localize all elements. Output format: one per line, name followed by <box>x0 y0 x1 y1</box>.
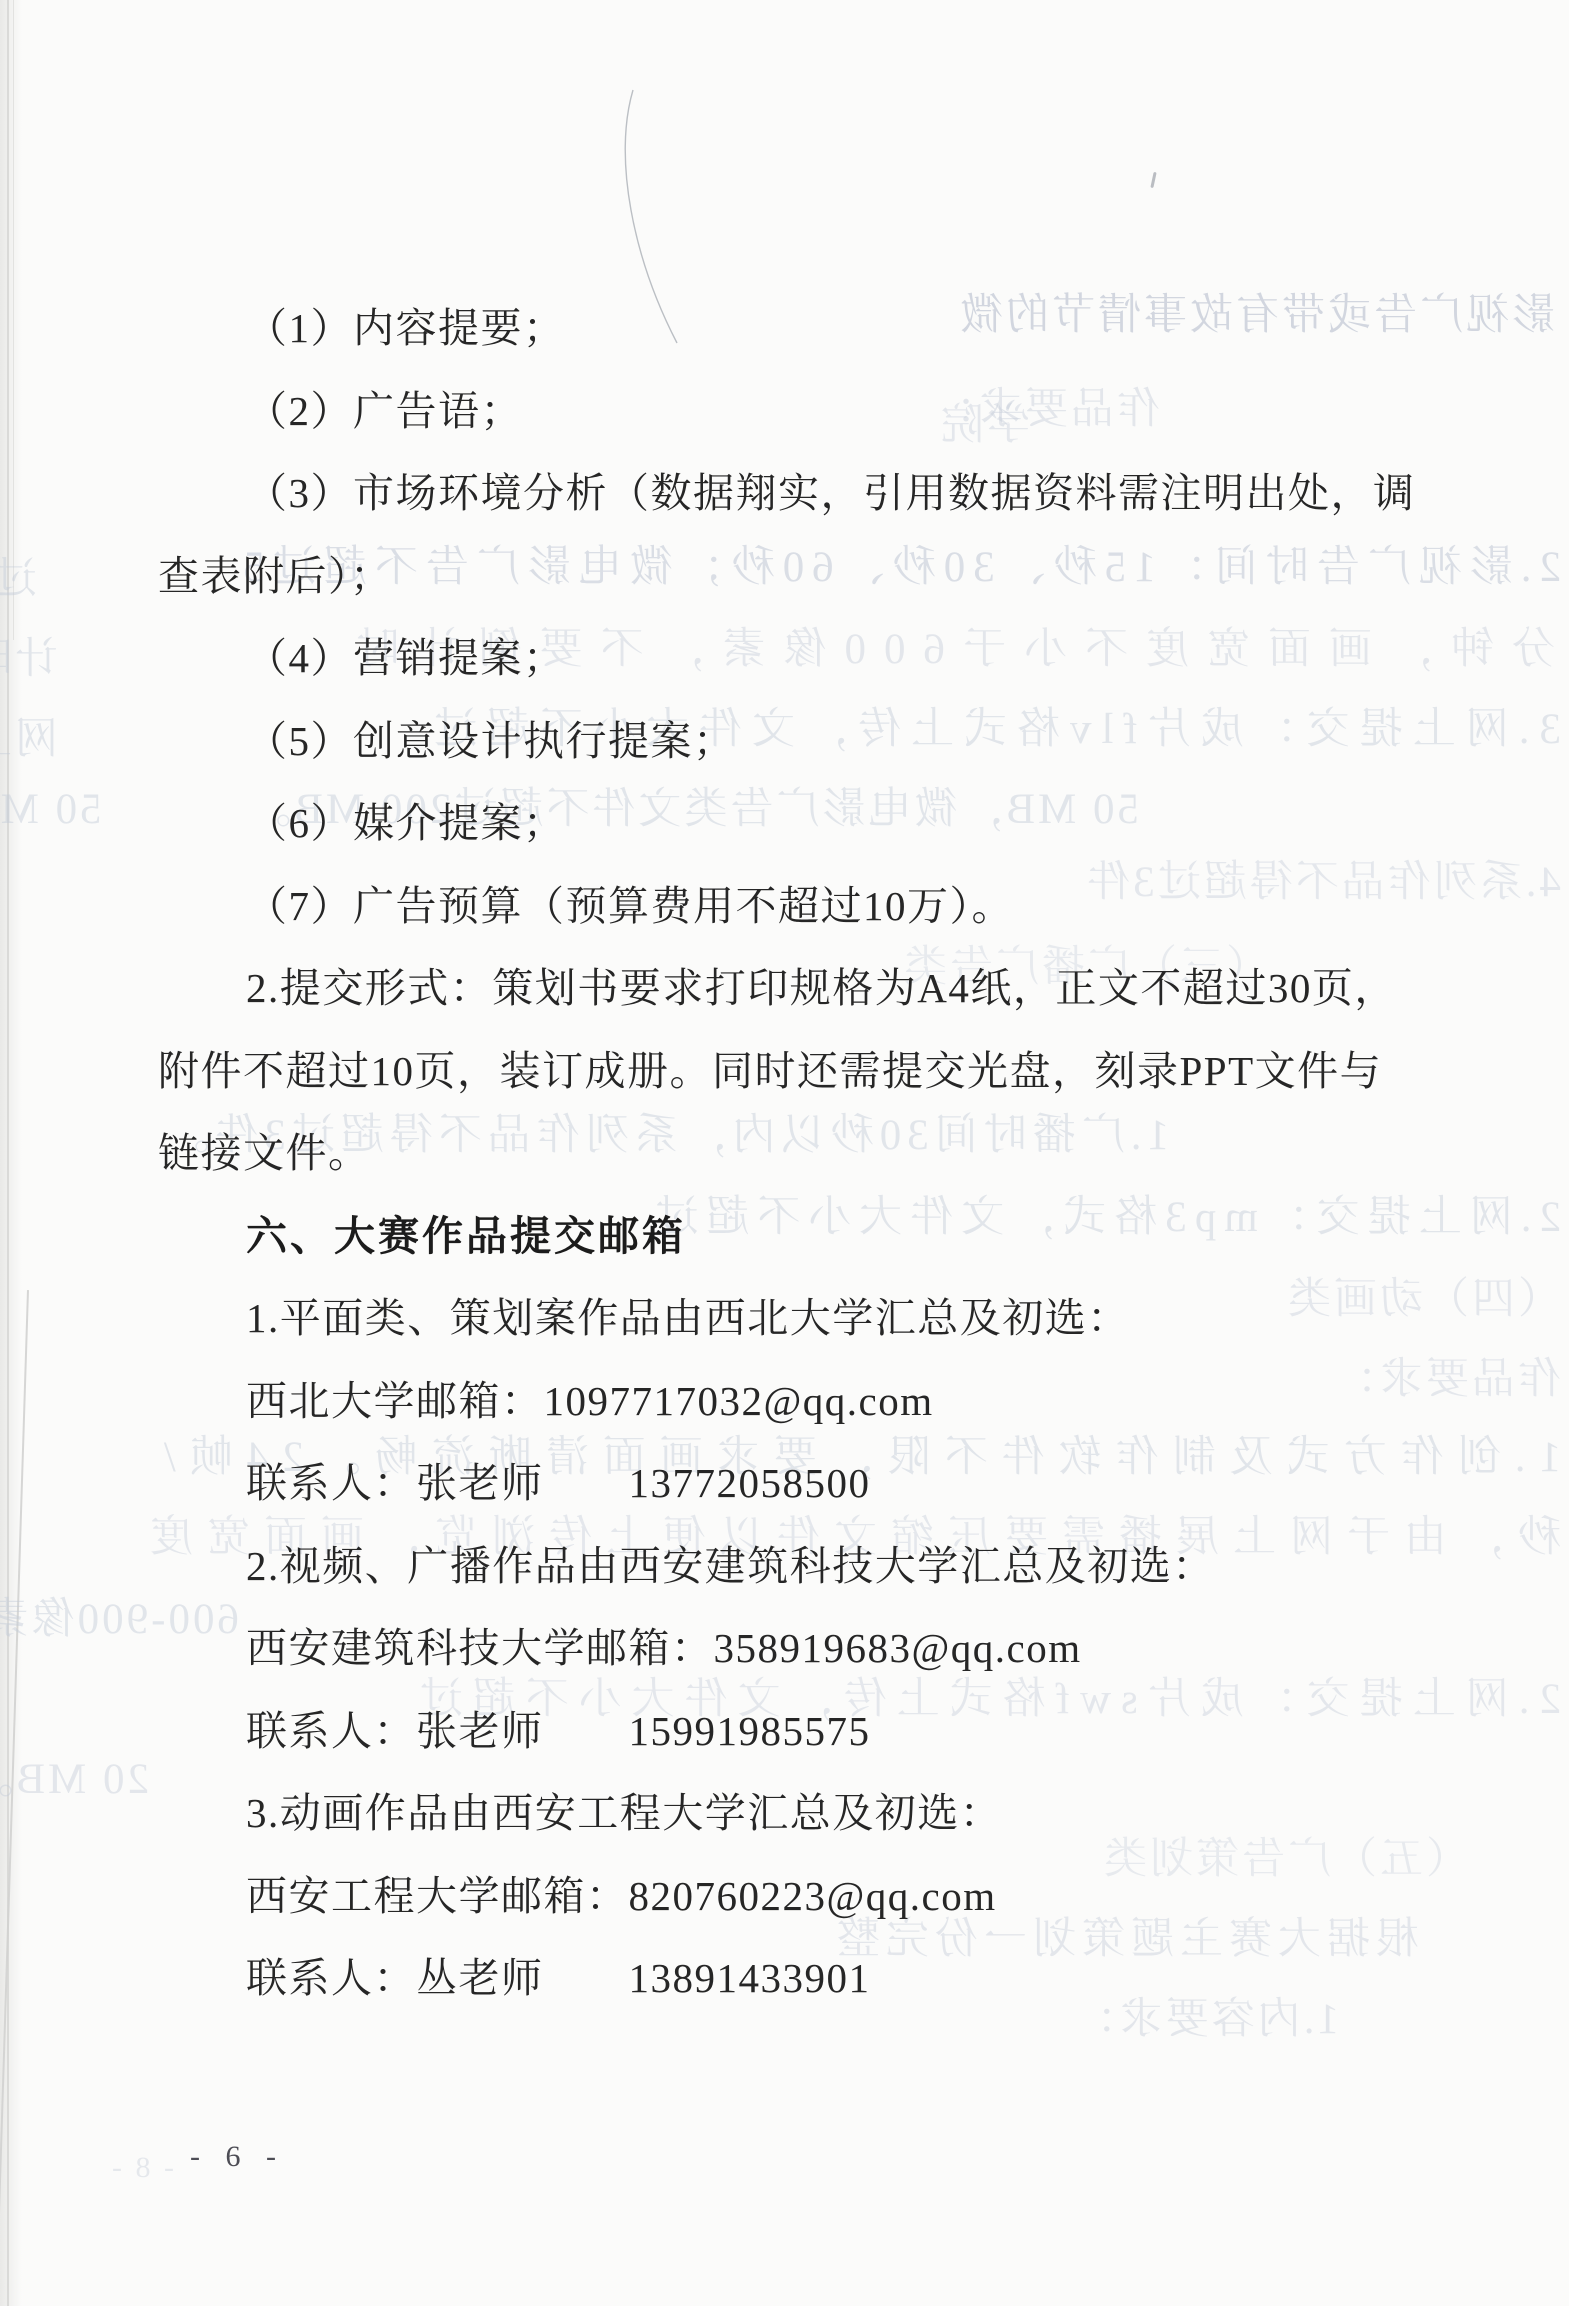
list-item-media-proposal: （6）媒介提案； <box>158 782 1509 865</box>
category-print-planning: 1.平面类、策划案作品由西北大学汇总及初选： <box>158 1277 1509 1360</box>
page-number: - 6 - <box>190 2140 285 2174</box>
paragraph-submission-format-3: 链接文件。 <box>158 1112 1509 1195</box>
list-item-slogan: （2）广告语； <box>158 370 1509 453</box>
speck-scan-artifact <box>1150 172 1156 188</box>
scanned-document-page: 影视广告或带有故事情节的微 作品要求： 学院 2.影视广告时间：15秒、30秒、… <box>0 0 1569 2306</box>
contact-line-teacher-zhang-2: 联系人：张老师 15991985575 <box>158 1690 1509 1773</box>
category-animation: 3.动画作品由西安工程大学汇总及初选： <box>158 1772 1509 1855</box>
contact-line-teacher-cong: 联系人：丛老师 13891433901 <box>158 1937 1509 2020</box>
list-item-content-summary: （1）内容提要； <box>158 287 1509 370</box>
paper-edge-shadow <box>0 0 22 2306</box>
list-item-ad-budget: （7）广告预算（预算费用不超过10万）。 <box>158 865 1509 948</box>
category-video-radio: 2.视频、广播作品由西安建筑科技大学汇总及初选： <box>158 1525 1509 1608</box>
paragraph-submission-format: 2.提交形式：策划书要求打印规格为A4纸，正文不超过30页， <box>158 947 1509 1030</box>
contact-line-teacher-zhang-1: 联系人：张老师 13772058500 <box>158 1442 1509 1525</box>
page-content: （1）内容提要； （2）广告语； （3）市场环境分析（数据翔实，引用数据资料需注… <box>158 287 1509 2020</box>
list-item-creative-proposal: （5）创意设计执行提案； <box>158 700 1509 783</box>
section-heading-submission-mailboxes: 六、大赛作品提交邮箱 <box>158 1195 1509 1278</box>
list-item-market-analysis: （3）市场环境分析（数据翔实，引用数据资料需注明出处，调 <box>158 452 1509 535</box>
paragraph-submission-format-2: 附件不超过10页，装订成册。同时还需提交光盘，刻录PPT文件与 <box>158 1030 1509 1113</box>
email-line-xauat: 西安建筑科技大学邮箱：358919683@qq.com <box>158 1607 1509 1690</box>
list-item-market-analysis-2: 查表附后）； <box>158 535 1509 618</box>
email-line-northwest-university: 西北大学邮箱：1097717032@qq.com <box>158 1360 1509 1443</box>
paper-edge-line <box>13 0 14 640</box>
email-line-xpu: 西安工程大学邮箱：820760223@qq.com <box>158 1855 1509 1938</box>
list-item-marketing-proposal: （4）营销提案； <box>158 617 1509 700</box>
